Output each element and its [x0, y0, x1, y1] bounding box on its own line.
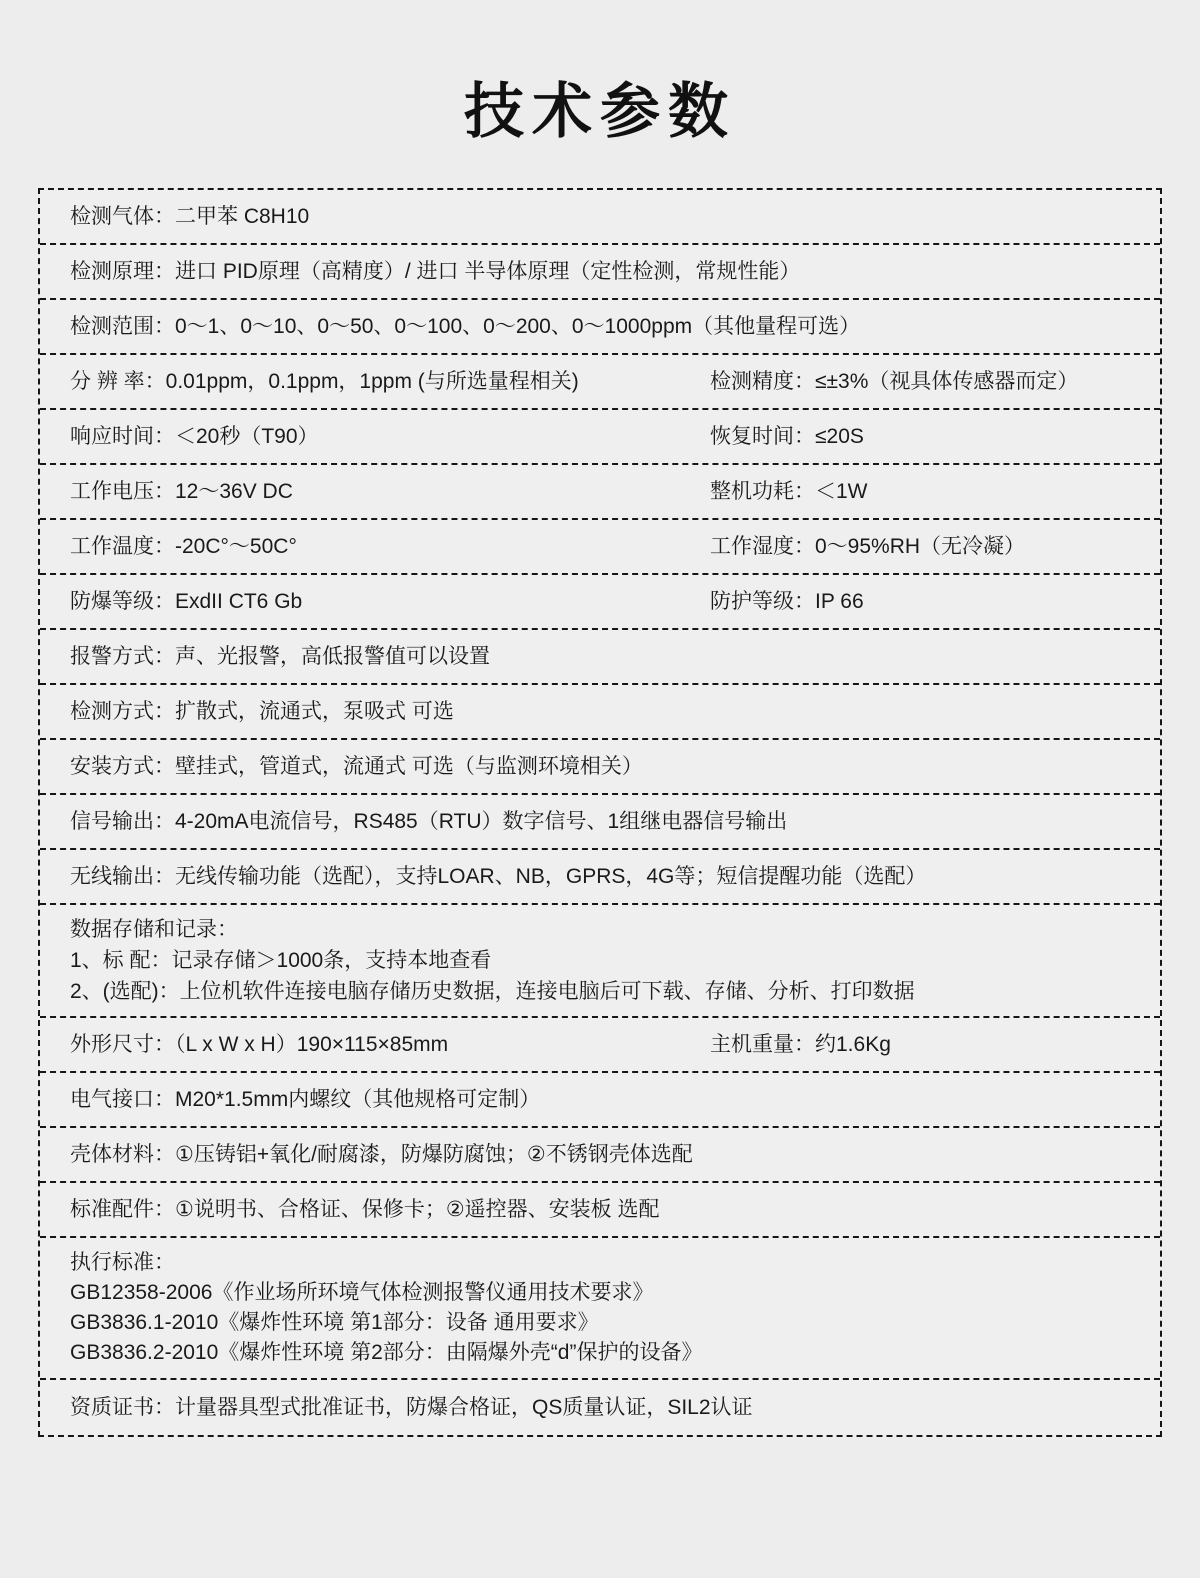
- row-detection-range: 检测范围：0～1、0～10、0～50、0～100、0～200、0～1000ppm…: [40, 300, 1160, 355]
- spec-text-response-time: 响应时间：＜20秒（T90）: [70, 423, 319, 451]
- spec-text-weight: 主机重量：约1.6Kg: [710, 1031, 891, 1059]
- row-temperature-humidity: 工作温度：-20C°～50C° 工作湿度：0～95%RH（无冷凝）: [40, 520, 1160, 575]
- spec-text: 安装方式：壁挂式，管道式，流通式 可选（与监测环境相关）: [70, 753, 643, 781]
- row-alarm-mode: 报警方式：声、光报警，高低报警值可以设置: [40, 630, 1160, 685]
- spec-table: 检测气体：二甲苯 C8H10 检测原理：进口 PID原理（高精度）/ 进口 半导…: [38, 188, 1162, 1437]
- row-data-storage: 数据存储和记录： 1、标 配：记录存储＞1000条，支持本地查看 2、(选配)：…: [40, 905, 1160, 1018]
- spec-line: 2、(选配)：上位机软件连接电脑存储历史数据，连接电脑后可下载、存储、分析、打印…: [70, 976, 1146, 1007]
- spec-text-protection-grade: 防护等级：IP 66: [710, 588, 864, 616]
- spec-text-working-humidity: 工作湿度：0～95%RH（无冷凝）: [710, 533, 1025, 561]
- row-certificates: 资质证书：计量器具型式批准证书，防爆合格证，QS质量认证，SIL2认证: [40, 1380, 1160, 1435]
- row-signal-output: 信号输出：4-20mA电流信号，RS485（RTU）数字信号、1组继电器信号输出: [40, 795, 1160, 850]
- row-dimensions-weight: 外形尺寸：（L x W x H）190×115×85mm 主机重量：约1.6Kg: [40, 1018, 1160, 1073]
- row-response-recovery-time: 响应时间：＜20秒（T90） 恢复时间：≤20S: [40, 410, 1160, 465]
- row-housing-material: 壳体材料：①压铸铝+氧化/耐腐漆，防爆防腐蚀；②不锈钢壳体选配: [40, 1128, 1160, 1183]
- spec-line: GB3836.1-2010《爆炸性环境 第1部分：设备 通用要求》: [70, 1308, 1146, 1338]
- spec-line: 数据存储和记录：: [70, 914, 1146, 945]
- spec-text-working-voltage: 工作电压：12～36V DC: [70, 478, 293, 506]
- spec-text: 检测范围：0～1、0～10、0～50、0～100、0～200、0～1000ppm…: [70, 313, 860, 341]
- spec-text: 检测原理：进口 PID原理（高精度）/ 进口 半导体原理（定性检测，常规性能）: [70, 258, 800, 286]
- page-title: 技术参数: [0, 64, 1200, 150]
- row-detection-mode: 检测方式：扩散式，流通式，泵吸式 可选: [40, 685, 1160, 740]
- spec-text: 报警方式：声、光报警，高低报警值可以设置: [70, 643, 490, 671]
- spec-text-resolution: 分 辨 率：0.01ppm，0.1ppm，1ppm (与所选量程相关): [70, 368, 579, 396]
- spec-line: 执行标准：: [70, 1248, 1146, 1278]
- row-detection-gas: 检测气体：二甲苯 C8H10: [40, 190, 1160, 245]
- spec-text: 资质证书：计量器具型式批准证书，防爆合格证，QS质量认证，SIL2认证: [70, 1394, 753, 1422]
- spec-text-working-temperature: 工作温度：-20C°～50C°: [70, 533, 297, 561]
- row-explosion-protection-grade: 防爆等级：ExdII CT6 Gb 防护等级：IP 66: [40, 575, 1160, 630]
- spec-text-dimensions: 外形尺寸：（L x W x H）190×115×85mm: [70, 1031, 448, 1059]
- spec-text-accuracy: 检测精度：≤±3%（视具体传感器而定）: [710, 368, 1078, 396]
- row-installation-mode: 安装方式：壁挂式，管道式，流通式 可选（与监测环境相关）: [40, 740, 1160, 795]
- row-detection-principle: 检测原理：进口 PID原理（高精度）/ 进口 半导体原理（定性检测，常规性能）: [40, 245, 1160, 300]
- spec-text: 检测气体：二甲苯 C8H10: [70, 203, 309, 231]
- spec-text-recovery-time: 恢复时间：≤20S: [710, 423, 864, 451]
- spec-line: GB3836.2-2010《爆炸性环境 第2部分：由隔爆外壳“d”保护的设备》: [70, 1338, 1146, 1368]
- spec-text-power-consumption: 整机功耗：＜1W: [710, 478, 868, 506]
- spec-text-explosion-proof-grade: 防爆等级：ExdII CT6 Gb: [70, 588, 302, 616]
- row-voltage-power: 工作电压：12～36V DC 整机功耗：＜1W: [40, 465, 1160, 520]
- row-standard-accessories: 标准配件：①说明书、合格证、保修卡；②遥控器、安装板 选配: [40, 1183, 1160, 1238]
- row-electrical-interface: 电气接口：M20*1.5mm内螺纹（其他规格可定制）: [40, 1073, 1160, 1128]
- row-executive-standards: 执行标准： GB12358-2006《作业场所环境气体检测报警仪通用技术要求》 …: [40, 1238, 1160, 1380]
- spec-line: GB12358-2006《作业场所环境气体检测报警仪通用技术要求》: [70, 1278, 1146, 1308]
- spec-text: 信号输出：4-20mA电流信号，RS485（RTU）数字信号、1组继电器信号输出: [70, 808, 787, 836]
- spec-text: 电气接口：M20*1.5mm内螺纹（其他规格可定制）: [70, 1086, 540, 1114]
- spec-text: 壳体材料：①压铸铝+氧化/耐腐漆，防爆防腐蚀；②不锈钢壳体选配: [70, 1141, 693, 1169]
- spec-line: 1、标 配：记录存储＞1000条，支持本地查看: [70, 945, 1146, 976]
- spec-text: 无线输出：无线传输功能（选配），支持LOAR、NB，GPRS，4G等；短信提醒功…: [70, 863, 926, 891]
- spec-text: 检测方式：扩散式，流通式，泵吸式 可选: [70, 698, 454, 726]
- row-wireless-output: 无线输出：无线传输功能（选配），支持LOAR、NB，GPRS，4G等；短信提醒功…: [40, 850, 1160, 905]
- spec-text: 标准配件：①说明书、合格证、保修卡；②遥控器、安装板 选配: [70, 1196, 660, 1224]
- row-resolution-accuracy: 分 辨 率：0.01ppm，0.1ppm，1ppm (与所选量程相关) 检测精度…: [40, 355, 1160, 410]
- spec-sheet-page: 技术参数 检测气体：二甲苯 C8H10 检测原理：进口 PID原理（高精度）/ …: [0, 0, 1200, 1578]
